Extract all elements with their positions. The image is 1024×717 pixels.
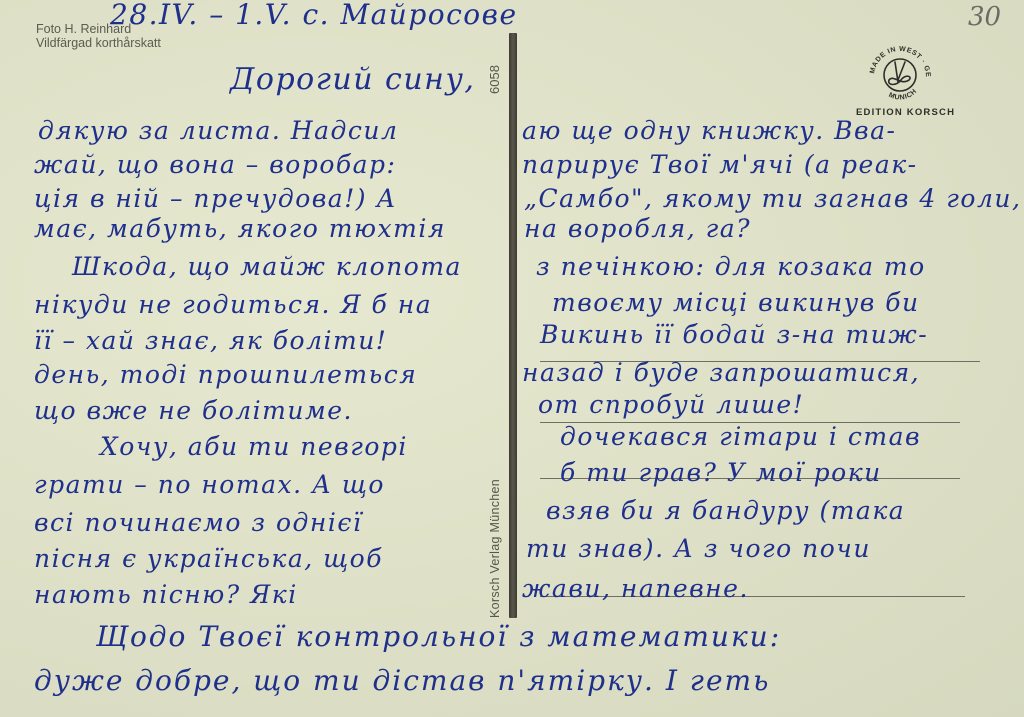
letter-line: що вже не болітиме.	[34, 396, 353, 425]
letter-line: Щодо Твоєї контрольної з математики:	[96, 620, 781, 653]
publisher-logo-icon: MADE IN WEST · GERMANY MUNICH	[865, 40, 935, 110]
letter-line: аю ще одну книжку. Вва-	[522, 116, 896, 145]
page-number: 30	[968, 2, 1001, 32]
letter-line: на воробля, га?	[524, 214, 751, 243]
letter-line: дочекався гітари і став	[560, 422, 921, 451]
letter-line: взяв би я бандуру (така	[546, 496, 905, 525]
letter-line: жави, напевне.	[522, 574, 749, 603]
letter-line: грати – по нотах. А що	[34, 470, 385, 499]
letter-date-place: 28.IV. – 1.V. с. Майросове	[110, 0, 518, 31]
letter-line: її – хай знає, як боліти!	[34, 326, 387, 355]
letter-line: ція в ній – пречудова!) А	[34, 184, 397, 213]
letter-line: назад і буде запрошатися,	[522, 358, 920, 387]
letter-line: Шкода, що майж клопота	[72, 252, 462, 281]
letter-line: жай, що вона – воробар:	[34, 150, 396, 179]
serial-number: 6058	[487, 65, 502, 94]
letter-line: ти знав). А з чого почи	[526, 534, 871, 563]
letter-line: „Самбо", якому ти загнав 4 голи,	[524, 184, 1021, 213]
letter-line: з печінкою: для козака то	[536, 252, 926, 281]
postcard-divider	[509, 33, 517, 618]
letter-line: має, мабуть, якого тюхтія	[34, 214, 446, 243]
letter-salutation: Дорогий сину,	[230, 62, 475, 97]
letter-line: б ти грав? У мої роки	[560, 458, 882, 487]
letter-line: дуже добре, що ти дістав п'ятірку. І гет…	[34, 664, 770, 697]
letter-line: пісня є українська, щоб	[34, 544, 383, 573]
letter-line: Хочу, аби ти neвгорі	[100, 432, 408, 461]
letter-line: парирує Твої м'ячі (а реак-	[522, 150, 918, 179]
postcard-back: Foto H. Reinhard Vildfärgad korthårskatt…	[0, 0, 1024, 717]
letter-line: всі починаємо з однієї	[34, 508, 362, 537]
letter-line: нікуди не годиться. Я б на	[34, 290, 432, 319]
letter-line: твоєму місці викинув би	[552, 288, 920, 317]
letter-line: от спробуй лише!	[538, 390, 804, 419]
letter-line: Викинь її бодай з-на тиж-	[540, 320, 928, 349]
publisher-vertical-text: Korsch Verlag München	[488, 479, 502, 618]
letter-line: день, тоді прошпилеться	[34, 360, 417, 389]
photo-caption: Vildfärgad korthårskatt	[36, 36, 161, 50]
letter-line: дякую за листа. Надсил	[38, 116, 398, 145]
letter-line: нають пісню? Які	[34, 580, 298, 609]
